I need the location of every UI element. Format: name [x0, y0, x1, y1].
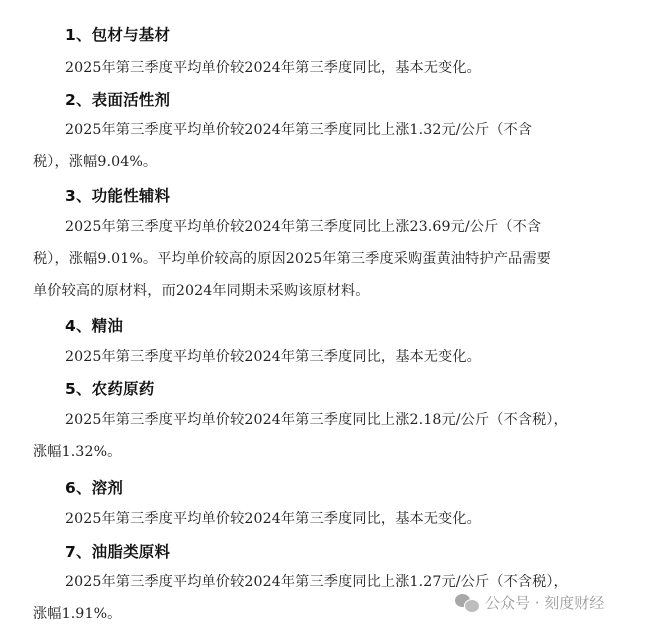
section-heading-functional-excipients: 3、功能性辅料 [65, 184, 170, 206]
section-body-solvent: 2025年第三季度平均单价较2024年第三季度同比，基本无变化。 [33, 503, 633, 535]
body-line: 税），涨幅9.04%。 [33, 146, 633, 178]
section-heading-essential-oil: 4、精油 [65, 314, 123, 336]
section-body-surfactant: 2025年第三季度平均单价较2024年第三季度同比上涨1.32元/公斤（不含 税… [33, 114, 633, 178]
watermark-text: 公众号 · 刻度财经 [485, 592, 604, 613]
section-heading-packaging: 1、包材与基材 [65, 23, 170, 45]
section-heading-pesticide: 5、农药原药 [65, 377, 155, 399]
watermark: 公众号 · 刻度财经 [455, 592, 604, 613]
body-line: 涨幅1.32%。 [33, 436, 633, 468]
section-body-essential-oil: 2025年第三季度平均单价较2024年第三季度同比，基本无变化。 [33, 341, 633, 373]
body-line: 2025年第三季度平均单价较2024年第三季度同比，基本无变化。 [33, 341, 633, 373]
body-line: 2025年第三季度平均单价较2024年第三季度同比上涨1.32元/公斤（不含 [33, 114, 633, 146]
section-heading-solvent: 6、溶剂 [65, 476, 123, 498]
section-heading-oil-raw-materials: 7、油脂类原料 [65, 540, 170, 562]
body-line: 税），涨幅9.01%。平均单价较高的原因2025年第三季度采购蛋黄油特护产品需要 [33, 243, 633, 275]
body-line: 2025年第三季度平均单价较2024年第三季度同比，基本无变化。 [33, 503, 633, 535]
section-heading-surfactant: 2、表面活性剂 [65, 88, 170, 110]
body-line: 2025年第三季度平均单价较2024年第三季度同比，基本无变化。 [33, 52, 633, 84]
section-body-pesticide: 2025年第三季度平均单价较2024年第三季度同比上涨2.18元/公斤（不含税）… [33, 404, 633, 468]
section-body-packaging: 2025年第三季度平均单价较2024年第三季度同比，基本无变化。 [33, 52, 633, 84]
wechat-icon [455, 593, 479, 613]
section-body-functional-excipients: 2025年第三季度平均单价较2024年第三季度同比上涨23.69元/公斤（不含 … [33, 211, 633, 307]
body-line: 2025年第三季度平均单价较2024年第三季度同比上涨2.18元/公斤（不含税）… [33, 404, 633, 436]
body-line: 单价较高的原材料，而2024年同期未采购该原材料。 [33, 275, 633, 307]
document-page: 1、包材与基材 2025年第三季度平均单价较2024年第三季度同比，基本无变化。… [0, 0, 660, 640]
body-line: 2025年第三季度平均单价较2024年第三季度同比上涨23.69元/公斤（不含 [33, 211, 633, 243]
